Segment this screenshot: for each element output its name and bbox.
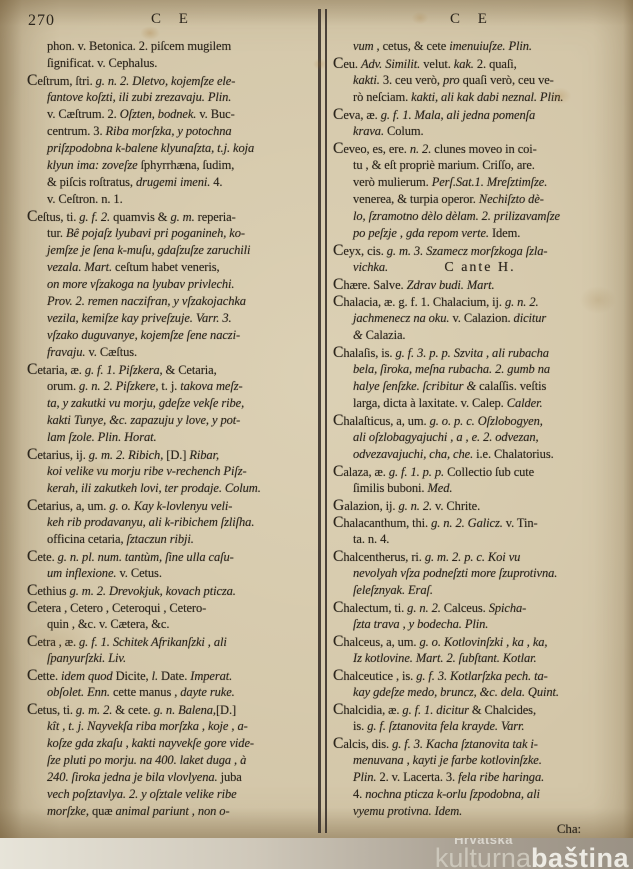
- text-line-continuation: lo, ſzramotno dèlo dèlam. 2. prilizavamſ…: [333, 208, 627, 225]
- text-line-continuation: ſignificat. v. Cephalus.: [27, 55, 321, 72]
- italic-text-run: g. f. 1. p. p.: [389, 465, 447, 479]
- roman-text-run: i.e. Chalatorius.: [476, 447, 553, 461]
- roman-text-run: clunes moveo in coi-: [434, 142, 537, 156]
- italic-text-run: ſztaczun ribji.: [127, 532, 194, 546]
- roman-text-run: & Cetaria,: [166, 363, 217, 377]
- text-line-continuation: ta, y zakutki vu morju, gdeſze vekſe rib…: [27, 395, 321, 412]
- roman-text-run: 2. v. Lacerta. 3.: [379, 770, 458, 784]
- roman-text-run: 4.: [353, 787, 365, 801]
- roman-text-run: Ceyx, cis.: [333, 244, 387, 258]
- roman-text-run: Ceſtus, ti.: [27, 210, 79, 224]
- italic-text-run: Prov. 2. remen naczifran, y vſzakojachka: [47, 294, 246, 308]
- roman-text-run: Ceſtrum, ſtri.: [27, 74, 96, 88]
- text-line-continuation: vezala. Mart. ceſtum habet veneris,: [27, 259, 321, 276]
- dictionary-entry-line: Chære. Salve. Zdrav budi. Mart.: [333, 276, 627, 293]
- italic-text-run: koi velike vu morju ribe v-rechench Piſz…: [47, 464, 247, 478]
- italic-text-run: g. m. 2. p. c. Koi vu: [425, 550, 520, 564]
- text-line-continuation: Prov. 2. remen naczifran, y vſzakojachka: [27, 293, 321, 310]
- italic-text-run: kît , t. j. Nayvekſa riba morſzka , koje…: [47, 719, 248, 733]
- roman-text-run: v. Tin-: [506, 516, 538, 530]
- text-line-continuation: tu , & eſt propriè marium. Criſſo, are.: [333, 157, 627, 174]
- italic-text-run: Zdrav budi. Mart.: [407, 278, 495, 292]
- roman-text-run: orum.: [47, 379, 79, 393]
- italic-text-run: vezala. Mart.: [47, 260, 115, 274]
- dictionary-entry-line: Cethius g. m. 2. Drevokjuk, kovach pticz…: [27, 582, 321, 599]
- italic-text-run: g. f. 1. Mala, ali jedna pomenſa: [381, 108, 535, 122]
- watermark: Hrvatska kulturnabaština: [435, 845, 629, 869]
- dictionary-entry-line: Cete. g. n. pl. num. tantùm, ſine ulla c…: [27, 548, 321, 565]
- italic-text-run: dicitur: [514, 311, 547, 325]
- text-line-continuation: priſzpodobna k-balene klyunaſzta, t.j. k…: [27, 140, 321, 157]
- italic-text-run: morſzke,: [47, 804, 92, 818]
- dictionary-entry-line: Cette. idem quod Dicite, l. Date. Impera…: [27, 667, 321, 684]
- roman-text-run: Chalacanthum, thi.: [333, 516, 431, 530]
- italic-text-run: keh rib prodavanyu, ali k-ribichem ſzliſ…: [47, 515, 254, 529]
- text-line-continuation: kay gdeſze medo, bruncz, &c. dela. Quint…: [333, 684, 627, 701]
- italic-text-run: ſze pluti po morju. na 400. laket duga ,…: [47, 753, 246, 767]
- text-line-continuation: jachmenecz na oku. v. Calazion. dicitur: [333, 310, 627, 327]
- italic-text-run: Oſzten, bodnek.: [120, 107, 200, 121]
- italic-text-run: kakti.: [353, 73, 383, 87]
- roman-text-run: [D.]: [216, 703, 236, 717]
- italic-text-run: animal pariunt , non o-: [116, 804, 230, 818]
- roman-text-run: v. Ceſtron. n. 1.: [47, 192, 123, 206]
- roman-text-run: officina cetaria,: [47, 532, 127, 546]
- roman-text-run: is.: [353, 719, 367, 733]
- roman-text-run: Colum.: [387, 124, 424, 138]
- roman-text-run: velut.: [423, 57, 454, 71]
- italic-text-run: vichka.: [353, 260, 388, 274]
- roman-text-run: Galazion, ij.: [333, 499, 398, 513]
- roman-text-run: Idem.: [492, 226, 520, 240]
- italic-text-run: kak.: [454, 57, 477, 71]
- roman-text-run: Chalceutice , is.: [333, 669, 416, 683]
- text-line-continuation: vech poſztavlya. 2. y oſztale velike rib…: [27, 786, 321, 803]
- italic-text-run: n. 2.: [410, 142, 434, 156]
- italic-text-run: nevolyah vſza podneſzti more ſzuprotivna…: [353, 566, 557, 580]
- italic-text-run: krava.: [353, 124, 387, 138]
- watermark-main: kulturnabaština: [435, 845, 629, 869]
- roman-text-run: quaſi verò, ceu ve-: [463, 73, 554, 87]
- text-line-continuation: 4. nochna pticza k-orlu ſzpodobna, ali: [333, 786, 627, 803]
- text-line-continuation: & Calazia.: [333, 327, 627, 344]
- roman-text-run: & cete.: [115, 703, 153, 717]
- italic-text-run: halye ſenſzke. ſcribitur &: [353, 379, 479, 393]
- italic-text-run: imenuiuſze. Plin.: [449, 39, 532, 53]
- text-line-continuation: fravaju. v. Cæſtus.: [27, 344, 321, 361]
- italic-text-run: Spicha-: [489, 601, 526, 615]
- italic-text-run: g. n. 2.: [407, 601, 444, 615]
- text-line-continuation: quin , &c. v. Cætera, &c.: [27, 616, 321, 633]
- italic-text-run: g. m. 2. Drevokjuk, kovach pticza.: [70, 584, 236, 598]
- text-line-continuation: vſzako duguvanye, kojemſze ſene naczi-: [27, 327, 321, 344]
- text-line-continuation: koi velike vu morju ribe v-rechench Piſz…: [27, 463, 321, 480]
- italic-text-run: Bê pojaſz lyubavi pri poganineh, ko-: [66, 226, 245, 240]
- dictionary-entry-line: Chalceutice , is. g. f. 3. Kotlarſzka pe…: [333, 667, 627, 684]
- text-line-continuation: larga, dicta à laxitate. v. Calep. Calde…: [333, 395, 627, 412]
- italic-text-run: takova meſz-: [180, 379, 242, 393]
- text-line-continuation: bela, ſiroka, meſna rubacha. 2. gumb na: [333, 361, 627, 378]
- italic-text-run: 240. ſiroka jedna je bila vlovlyena.: [47, 770, 221, 784]
- roman-text-run: centrum. 3.: [47, 124, 106, 138]
- roman-text-run: Chalaſticus, a, um.: [333, 414, 430, 428]
- italic-text-run: ſeleſznyak. Eraſ.: [353, 583, 433, 597]
- scanner-bed-strip: Hrvatska kulturnabaština: [0, 838, 633, 869]
- italic-text-run: lo, ſzramotno dèlo dèlam. 2. prilizavamſ…: [353, 209, 560, 223]
- roman-text-run: ſphyrrhæna, ſudim,: [141, 158, 235, 172]
- watermark-part2: baština: [531, 843, 629, 869]
- italic-text-run: vech poſztavlya. 2. y oſztale velike rib…: [47, 787, 237, 801]
- dictionary-entry-line: Chalcidia, æ. g. f. 1. dicitur & Chalcid…: [333, 701, 627, 718]
- roman-text-run: Ceva, æ.: [333, 108, 381, 122]
- italic-text-run: kay gdeſze medo, bruncz, &c. dela. Quint…: [353, 685, 559, 699]
- text-line-continuation: ali oſzlobagyajuchi , a , e. 2. odvezan,: [333, 429, 627, 446]
- italic-text-run: g. f. 2.: [79, 210, 113, 224]
- text-line-continuation: jemſze je ſena k-muſu, gdaſzuſze zaruchi…: [27, 242, 321, 259]
- text-line-continuation: orum. g. n. 2. Piſzkere, t. j. takova me…: [27, 378, 321, 395]
- italic-text-run: g. m. 2. Ribich,: [89, 448, 166, 462]
- dictionary-entry-line: Chalectum, ti. g. n. 2. Calceus. Spicha-: [333, 599, 627, 616]
- text-line-continuation: 240. ſiroka jedna je bila vlovlyena. jub…: [27, 769, 321, 786]
- text-line-continuation: nevolyah vſza podneſzti more ſzuprotivna…: [333, 565, 627, 582]
- text-line-continuation: v. Ceſtron. n. 1.: [27, 191, 321, 208]
- text-line-continuation: centrum. 3. Riba morſzka, y potochna: [27, 123, 321, 140]
- roman-text-run: Date.: [161, 669, 190, 683]
- italic-text-run: odvezavajuchi, cha, che.: [353, 447, 476, 461]
- dictionary-entry-line: Cetus, ti. g. m. 2. & cete. g. n. Balena…: [27, 701, 321, 718]
- dictionary-entry-line: Chalceus, a, um. g. o. Kotlovinſzki , ka…: [333, 633, 627, 650]
- roman-text-run: Cette.: [27, 669, 61, 683]
- roman-text-run: Cetra , æ.: [27, 635, 79, 649]
- roman-text-run: & piſcis roſtratus,: [47, 175, 136, 189]
- italic-text-run: dayte ruke.: [180, 685, 234, 699]
- italic-text-run: um inflexione.: [47, 566, 119, 580]
- italic-text-run: lam ſzole. Plin. Horat.: [47, 430, 157, 444]
- text-line-continuation: morſzke, quæ animal pariunt , non o-: [27, 803, 321, 820]
- roman-text-run: Cetus, ti.: [27, 703, 76, 717]
- roman-text-run: Chalacia, æ. g. f. 1. Chalacium, ij.: [333, 295, 505, 309]
- dictionary-entry-line: Calcis, dis. g. f. 3. Kacha ſztanovita t…: [333, 735, 627, 752]
- roman-text-run: venerea, & turpia operor.: [353, 192, 479, 206]
- roman-text-run: Calcis, dis.: [333, 737, 392, 751]
- text-line-continuation: vyemu protivna. Idem.: [333, 803, 627, 820]
- dictionary-entry-line: Chalaſticus, a, um. g. o. p. c. Oſzlobog…: [333, 412, 627, 429]
- italic-text-run: obſolet. Enn.: [47, 685, 113, 699]
- italic-text-run: pro: [443, 73, 463, 87]
- italic-text-run: g. m. 2.: [76, 703, 115, 717]
- italic-text-run: Perſ.Sat.1. Mreſztimſze.: [432, 175, 548, 189]
- roman-text-run: v. Cæſtrum. 2.: [47, 107, 120, 121]
- italic-text-run: g. n. 2.: [505, 295, 539, 309]
- roman-text-run: Dicite,: [116, 669, 152, 683]
- italic-text-run: kakti Tunye, &c. zapazuju y love, y pot-: [47, 413, 240, 427]
- italic-text-run: ta, y zakutki vu morju, gdeſze vekſe rib…: [47, 396, 244, 410]
- dictionary-entry-line: Chalacia, æ. g. f. 1. Chalacium, ij. g. …: [333, 293, 627, 310]
- running-header-left: C E: [113, 11, 233, 28]
- text-line-continuation: officina cetaria, ſztaczun ribji.: [27, 531, 321, 548]
- italic-text-run: g. f. ſztanovita fela krayde. Varr.: [367, 719, 524, 733]
- roman-text-run: Ceu.: [333, 57, 361, 71]
- dictionary-entry-line: Ceva, æ. g. f. 1. Mala, ali jedna pomenſ…: [333, 106, 627, 123]
- roman-text-run: Calazia.: [366, 328, 406, 342]
- roman-text-run: Cetera , Cetero , Ceteroqui , Cetero-: [27, 601, 206, 615]
- roman-text-run: Cetarius, ij.: [27, 448, 89, 462]
- text-line-continuation: odvezavajuchi, cha, che. i.e. Chalatoriu…: [333, 446, 627, 463]
- roman-text-run: 2. quaſi,: [477, 57, 517, 71]
- roman-text-run: ſignificat. v. Cephalus.: [47, 56, 157, 70]
- italic-text-run: g. m.: [170, 210, 197, 224]
- dictionary-entry-line: Cetarius, ij. g. m. 2. Ribich, [D.] Riba…: [27, 446, 321, 463]
- dictionary-entry-line: Ceu. Adv. Similit. velut. kak. 2. quaſi,: [333, 55, 627, 72]
- italic-text-run: on more vſzakoga na lyubav privlechi.: [47, 277, 234, 291]
- italic-text-run: Med.: [427, 481, 452, 495]
- text-column-right: vum , cetus, & cete imenuiuſze. Plin.Ceu…: [333, 38, 627, 837]
- roman-text-run: v. Cetus.: [119, 566, 161, 580]
- italic-text-run: ali oſzlobagyajuchi , a , e. 2. odvezan,: [353, 430, 539, 444]
- italic-text-run: g. n. 2. Galicz.: [431, 516, 506, 530]
- italic-text-run: vyemu protivna. Idem.: [353, 804, 462, 818]
- section-heading: C ante H.: [444, 259, 515, 276]
- roman-text-run: Cete.: [27, 550, 58, 564]
- roman-text-run: cette manus ,: [113, 685, 180, 699]
- italic-text-run: g. o. Kotlovinſzki , ka , ka,: [419, 635, 547, 649]
- dictionary-entry-line: Ceſtrum, ſtri. g. n. 2. Dletvo, kojemſze…: [27, 72, 321, 89]
- text-line-continuation: obſolet. Enn. cette manus , dayte ruke.: [27, 684, 321, 701]
- italic-text-run: Imperat.: [190, 669, 232, 683]
- text-line-continuation: vezila, kemiſze kay priveſzuje. Varr. 3.: [27, 310, 321, 327]
- text-line-continuation: ſeleſznyak. Eraſ.: [333, 582, 627, 599]
- roman-text-run: & Chalcides,: [472, 703, 536, 717]
- roman-text-run: tu , & eſt propriè marium. Criſſo, are.: [353, 158, 535, 172]
- text-line-continuation: ſpanyurſzki. Liv.: [27, 650, 321, 667]
- roman-text-run: Collectio ſub cute: [447, 465, 534, 479]
- page-number: 270: [28, 12, 55, 30]
- italic-text-run: priſzpodobna k-balene klyunaſzta, t.j. k…: [47, 141, 254, 155]
- roman-text-run: ceſtum habet veneris,: [115, 260, 219, 274]
- italic-text-run: Riba morſzka, y potochna: [106, 124, 232, 138]
- italic-text-run: Calder.: [507, 396, 543, 410]
- italic-text-run: jachmenecz na oku.: [353, 311, 452, 325]
- italic-text-run: vum ,: [353, 39, 383, 53]
- roman-text-run: v. Calazion.: [452, 311, 513, 325]
- text-line-continuation: v. Cæſtrum. 2. Oſzten, bodnek. v. Buc-: [27, 106, 321, 123]
- roman-text-run: ta. n. 4.: [353, 532, 389, 546]
- italic-text-run: menuvana , kayti je farbe kotlovinſzke.: [353, 753, 542, 767]
- italic-text-run: g. o. p. c. Oſzlobogyen,: [430, 414, 543, 428]
- roman-text-run: Cethius: [27, 584, 70, 598]
- roman-text-run: verò mulierum.: [353, 175, 432, 189]
- italic-text-run: ſpanyurſzki. Liv.: [47, 651, 126, 665]
- italic-text-run: l.: [152, 669, 161, 683]
- roman-text-run: rò neſciam.: [353, 90, 411, 104]
- roman-text-run: v. Cæſtus.: [88, 345, 137, 359]
- text-line-continuation: kerah, ili zakutkeh lovi, ter prodaje. C…: [27, 480, 321, 497]
- italic-text-run: kerah, ili zakutkeh lovi, ter prodaje. C…: [47, 481, 261, 495]
- roman-text-run: quæ: [92, 804, 116, 818]
- text-line-continuation: kakti. 3. ceu verò, pro quaſi verò, ceu …: [333, 72, 627, 89]
- roman-text-run: cetus, & cete: [383, 39, 450, 53]
- italic-text-run: Iz kotlovine. Mart. 2. ſubſtant. Kotlar.: [353, 651, 537, 665]
- italic-text-run: g. f. 1. dicitur: [402, 703, 471, 717]
- text-line-continuation: krava. Colum.: [333, 123, 627, 140]
- italic-text-run: g. f. 3. Kacha ſztanovita tak i-: [392, 737, 538, 751]
- roman-text-run: ſimilis buboni.: [353, 481, 427, 495]
- italic-text-run: klyun ima: zoveſze: [47, 158, 141, 172]
- roman-text-run: quin , &c. v. Cætera, &c.: [47, 617, 169, 631]
- dictionary-entry-line: Ceſtus, ti. g. f. 2. quamvis & g. m. rep…: [27, 208, 321, 225]
- italic-text-run: kakti, ali kak dabi neznal. Plin.: [411, 90, 563, 104]
- roman-text-run: phon. v. Betonica. 2. piſcem mugilem: [47, 39, 231, 53]
- roman-text-run: v. Chrite.: [435, 499, 480, 513]
- italic-text-run: Nechiſzto dè-: [479, 192, 544, 206]
- roman-text-run: tur.: [47, 226, 66, 240]
- dictionary-entry-line: Galazion, ij. g. n. 2. v. Chrite.: [333, 497, 627, 514]
- text-line-continuation: ſimilis buboni. Med.: [333, 480, 627, 497]
- roman-text-run: Chalectum, ti.: [333, 601, 407, 615]
- italic-text-run: g. f. 3. p. p. Szvita , ali rubacha: [395, 346, 548, 360]
- roman-text-run: Chalcidia, æ.: [333, 703, 402, 717]
- italic-text-run: bela, ſiroka, meſna rubacha. 2. gumb na: [353, 362, 550, 376]
- text-line-continuation: verò mulierum. Perſ.Sat.1. Mreſztimſze.: [333, 174, 627, 191]
- text-line-continuation: um inflexione. v. Cetus.: [27, 565, 321, 582]
- text-line-continuation: fantove koſzti, ili zubi zrezavaju. Plin…: [27, 89, 321, 106]
- text-line-continuation: lam ſzole. Plin. Horat.: [27, 429, 321, 446]
- italic-text-run: g. n. 2. Dletvo, kojemſze ele-: [96, 74, 236, 88]
- italic-text-run: Plin.: [353, 770, 379, 784]
- text-line-continuation: po peſzje , gda repom verte. Idem.: [333, 225, 627, 242]
- roman-text-run: Calceus.: [444, 601, 489, 615]
- roman-text-run: reperia-: [198, 210, 236, 224]
- text-line-continuation: halye ſenſzke. ſcribitur & calaſſis. veſ…: [333, 378, 627, 395]
- dictionary-entry-line: Cetarius, a, um. g. o. Kay k-lovlenyu ve…: [27, 497, 321, 514]
- text-line-continuation: is. g. f. ſztanovita fela krayde. Varr.: [333, 718, 627, 735]
- dictionary-entry-line: Chalacanthum, thi. g. n. 2. Galicz. v. T…: [333, 514, 627, 531]
- italic-text-run: g. n. pl. num. tantùm, ſine ulla caſu-: [58, 550, 234, 564]
- dictionary-page: 270 C E C E phon. v. Betonica. 2. piſcem…: [0, 0, 633, 838]
- italic-text-run: g. o. Kay k-lovlenyu veli-: [109, 499, 232, 513]
- italic-text-run: fela ribe haringa.: [458, 770, 544, 784]
- text-line-continuation: koſze gda zkaſu , kakti nayvekſe gore vi…: [27, 735, 321, 752]
- italic-text-run: g. n. 2. Piſzkere,: [79, 379, 161, 393]
- text-line-continuation: & piſcis roſtratus, drugemi imeni. 4.: [27, 174, 321, 191]
- text-line-continuation: phon. v. Betonica. 2. piſcem mugilem: [27, 38, 321, 55]
- roman-text-run: Cetarius, a, um.: [27, 499, 109, 513]
- text-line-continuation: ſze pluti po morju. na 400. laket duga ,…: [27, 752, 321, 769]
- italic-text-run: nochna pticza k-orlu ſzpodobna, ali: [365, 787, 540, 801]
- running-header-right: C E: [412, 11, 532, 28]
- roman-text-run: Cetaria, æ.: [27, 363, 85, 377]
- text-line-continuation: Iz kotlovine. Mart. 2. ſubſtant. Kotlar.: [333, 650, 627, 667]
- dictionary-entry-line: Ceveo, es, ere. n. 2. clunes moveo in co…: [333, 140, 627, 157]
- catchword: Cha:: [333, 820, 627, 837]
- italic-text-run: fravaju.: [47, 345, 88, 359]
- italic-text-run: idem quod: [61, 669, 116, 683]
- roman-text-run: Chalcentherus, ri.: [333, 550, 425, 564]
- text-line-continuation: ſzta trava , y bodecha. Plin.: [333, 616, 627, 633]
- roman-text-run: Chære. Salve.: [333, 278, 407, 292]
- scanned-book-page: Hrvatska kulturnabaština 270 C E C E pho…: [0, 0, 633, 869]
- text-line-continuation: vichka.C ante H.: [333, 259, 627, 276]
- italic-text-run: g. f. 1. Piſzkera,: [85, 363, 166, 377]
- italic-text-run: g. n. 2.: [398, 499, 435, 513]
- text-line-continuation: ta. n. 4.: [333, 531, 627, 548]
- roman-text-run: Ceveo, es, ere.: [333, 142, 410, 156]
- roman-text-run: larga, dicta à laxitate. v. Calep.: [353, 396, 507, 410]
- roman-text-run: [D.]: [166, 448, 189, 462]
- dictionary-entry-line: Calaza, æ. g. f. 1. p. p. Collectio ſub …: [333, 463, 627, 480]
- text-column-left: phon. v. Betonica. 2. piſcem mugilemſign…: [27, 38, 321, 820]
- dictionary-entry-line: Cetera , Cetero , Ceteroqui , Cetero-: [27, 599, 321, 616]
- text-line-continuation: keh rib prodavanyu, ali k-ribichem ſzliſ…: [27, 514, 321, 531]
- roman-text-run: Chalaſis, is.: [333, 346, 395, 360]
- text-line-continuation: menuvana , kayti je farbe kotlovinſzke.: [333, 752, 627, 769]
- italic-text-run: vezila, kemiſze kay priveſzuje. Varr. 3.: [47, 311, 232, 325]
- text-line-continuation: klyun ima: zoveſze ſphyrrhæna, ſudim,: [27, 157, 321, 174]
- dictionary-entry-line: Chalcentherus, ri. g. m. 2. p. c. Koi vu: [333, 548, 627, 565]
- roman-text-run: 4.: [213, 175, 222, 189]
- italic-text-run: g. f. 3. Kotlarſzka pech. ta-: [416, 669, 547, 683]
- italic-text-run: drugemi imeni.: [136, 175, 213, 189]
- text-line-continuation: kakti Tunye, &c. zapazuju y love, y pot-: [27, 412, 321, 429]
- italic-text-run: g. n. Balena,: [154, 703, 216, 717]
- italic-text-run: g. m. 3. Szamecz morſzkoga ſzla-: [387, 244, 548, 258]
- italic-text-run: &: [353, 328, 366, 342]
- text-line-continuation: Plin. 2. v. Lacerta. 3. fela ribe haring…: [333, 769, 627, 786]
- text-line-continuation: tur. Bê pojaſz lyubavi pri poganineh, ko…: [27, 225, 321, 242]
- italic-text-run: Adv. Similit.: [361, 57, 423, 71]
- italic-text-run: koſze gda zkaſu , kakti nayvekſe gore vi…: [47, 736, 254, 750]
- italic-text-run: ſzta trava , y bodecha. Plin.: [353, 617, 488, 631]
- roman-text-run: quamvis &: [113, 210, 170, 224]
- roman-text-run: Chalceus, a, um.: [333, 635, 419, 649]
- italic-text-run: po peſzje , gda repom verte.: [353, 226, 492, 240]
- roman-text-run: 3. ceu verò,: [383, 73, 443, 87]
- italic-text-run: g. f. 1. Schitek Afrikanſzki , ali: [79, 635, 227, 649]
- dictionary-entry-line: Cetra , æ. g. f. 1. Schitek Afrikanſzki …: [27, 633, 321, 650]
- roman-text-run: calaſſis. veſtis: [479, 379, 546, 393]
- roman-text-run: v. Buc-: [199, 107, 234, 121]
- text-line-continuation: venerea, & turpia operor. Nechiſzto dè-: [333, 191, 627, 208]
- italic-text-run: jemſze je ſena k-muſu, gdaſzuſze zaruchi…: [47, 243, 250, 257]
- text-line-continuation: on more vſzakoga na lyubav privlechi.: [27, 276, 321, 293]
- roman-text-run: Calaza, æ.: [333, 465, 389, 479]
- roman-text-run: juba: [221, 770, 242, 784]
- italic-text-run: fantove koſzti, ili zubi zrezavaju. Plin…: [47, 90, 231, 104]
- text-line-continuation: rò neſciam. kakti, ali kak dabi neznal. …: [333, 89, 627, 106]
- text-line-continuation: vum , cetus, & cete imenuiuſze. Plin.: [333, 38, 627, 55]
- dictionary-entry-line: Cetaria, æ. g. f. 1. Piſzkera, & Cetaria…: [27, 361, 321, 378]
- dictionary-entry-line: Chalaſis, is. g. f. 3. p. p. Szvita , al…: [333, 344, 627, 361]
- dictionary-entry-line: Ceyx, cis. g. m. 3. Szamecz morſzkoga ſz…: [333, 242, 627, 259]
- italic-text-run: Ribar,: [189, 448, 219, 462]
- roman-text-run: t. j.: [161, 379, 180, 393]
- italic-text-run: vſzako duguvanye, kojemſze ſene naczi-: [47, 328, 240, 342]
- text-line-continuation: kît , t. j. Nayvekſa riba morſzka , koje…: [27, 718, 321, 735]
